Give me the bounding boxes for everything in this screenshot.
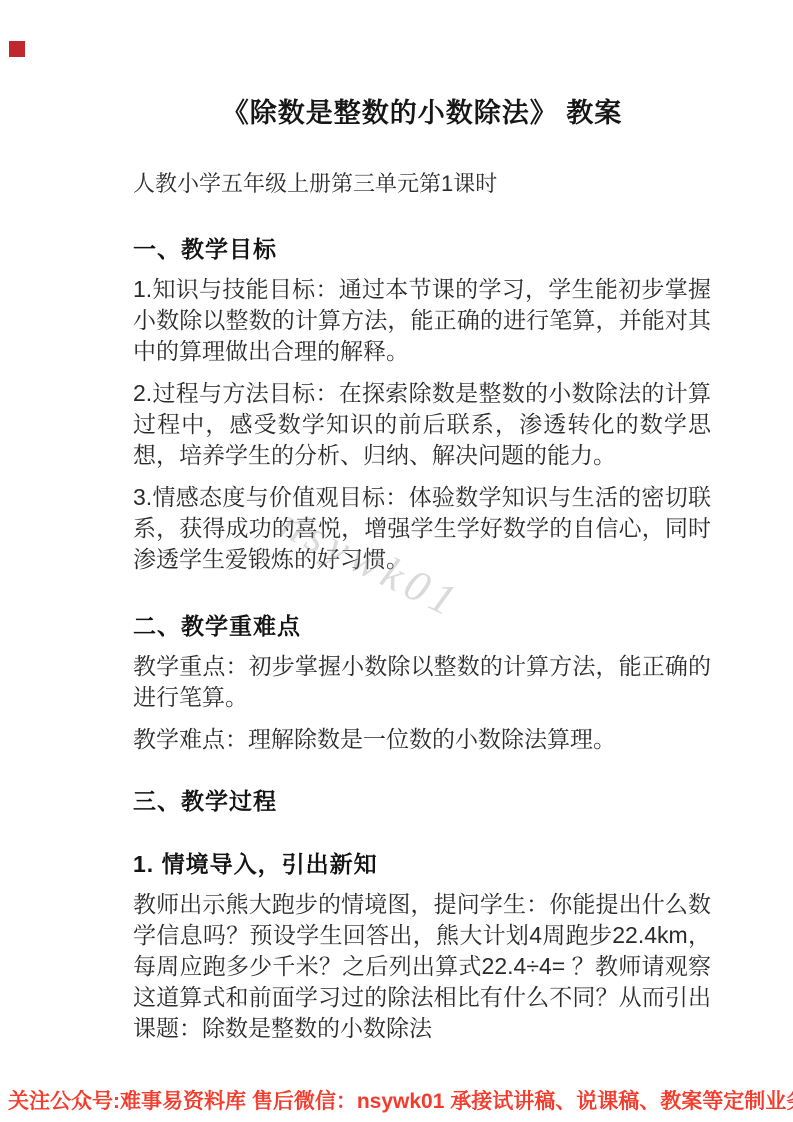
- section-heading-teaching-process: 三、教学过程: [133, 787, 711, 815]
- paragraph-emotion-value-goal: 3.情感态度与价值观目标：体验数学知识与生活的密切联系，获得成功的喜悦，增强学生…: [133, 482, 711, 575]
- document-title: 《除数是整数的小数除法》 教案: [133, 96, 711, 130]
- corner-red-square: [9, 41, 25, 57]
- paragraph-teaching-key-point: 教学重点：初步掌握小数除以整数的计算方法，能正确的进行笔算。: [133, 651, 711, 713]
- paragraph-situation-intro: 教师出示熊大跑步的情境图，提问学生：你能提出什么数学信息吗？预设学生回答出，熊大…: [133, 889, 711, 1044]
- section-heading-key-difficult-points: 二、教学重难点: [133, 612, 711, 640]
- document-content: 《除数是整数的小数除法》 教案 人教小学五年级上册第三单元第1课时 一、教学目标…: [133, 96, 711, 1044]
- footer-promo-text: 关注公众号:难事易资料库 售后微信：nsywk01 承接试讲稿、说课稿、教案等定…: [8, 1089, 793, 1115]
- section-heading-teaching-goals: 一、教学目标: [133, 235, 711, 263]
- document-page: 《除数是整数的小数除法》 教案 人教小学五年级上册第三单元第1课时 一、教学目标…: [0, 0, 793, 1122]
- paragraph-knowledge-skill-goal: 1.知识与技能目标：通过本节课的学习，学生能初步掌握小数除以整数的计算方法，能正…: [133, 274, 711, 367]
- subsection-heading-situation-intro: 1. 情境导入，引出新知: [133, 850, 711, 878]
- paragraph-teaching-difficult-point: 教学难点：理解除数是一位数的小数除法算理。: [133, 724, 711, 755]
- paragraph-process-method-goal: 2.过程与方法目标：在探索除数是整数的小数除法的计算过程中，感受数学知识的前后联…: [133, 378, 711, 471]
- document-subtitle: 人教小学五年级上册第三单元第1课时: [133, 170, 711, 198]
